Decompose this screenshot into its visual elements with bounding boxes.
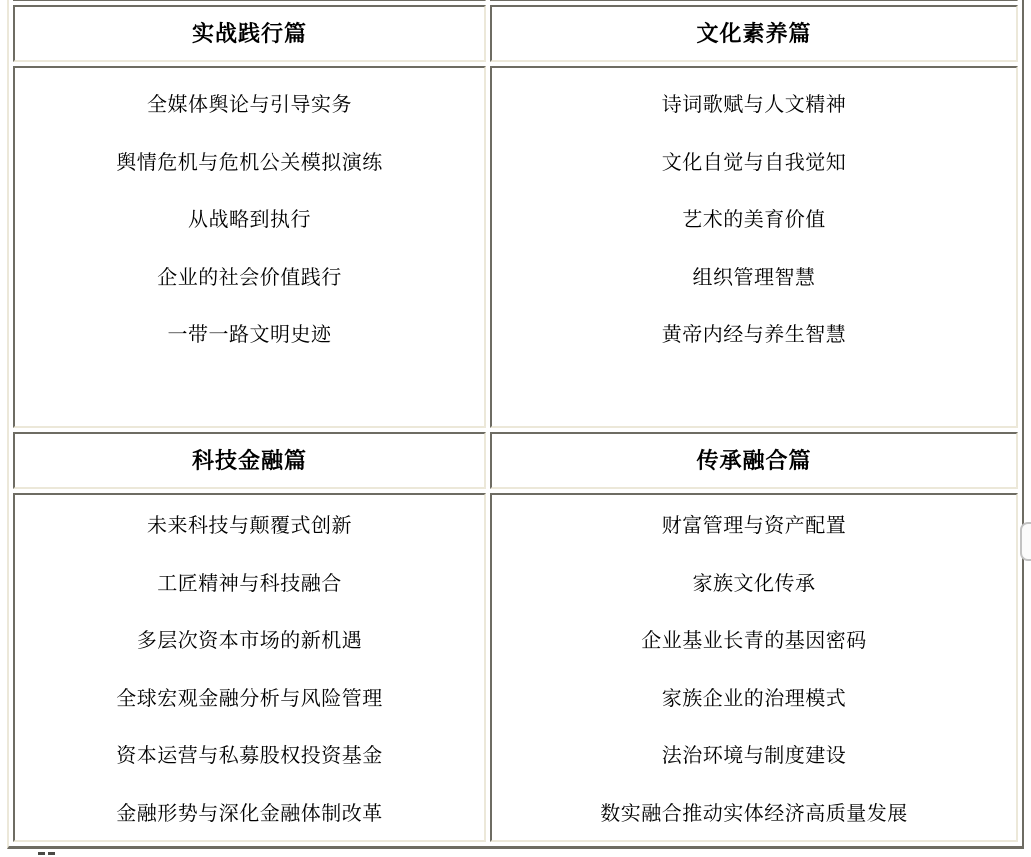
header-row-2: 科技金融篇 传承融合篇: [13, 432, 1018, 489]
course-item: 数实融合推动实体经济高质量发展: [492, 783, 1016, 841]
section-body-practical: 全媒体舆论与引导实务 舆情危机与危机公关模拟演练 从战略到执行 企业的社会价值践…: [13, 66, 486, 428]
section-title-practical: 实战践行篇: [15, 23, 484, 45]
course-item: 组织管理智慧: [492, 247, 1016, 305]
course-item: 艺术的美育价值: [492, 189, 1016, 247]
course-item: 黄帝内经与养生智慧: [492, 304, 1016, 362]
course-item: 全球宏观金融分析与风险管理: [15, 668, 484, 726]
course-item: 文化自觉与自我觉知: [492, 132, 1016, 190]
course-curriculum-table: 实战践行篇 文化素养篇 全媒体舆论与引导实务 舆情危机与危机公关模拟演练 从战略…: [7, 0, 1024, 849]
section-title-tech-finance: 科技金融篇: [15, 450, 484, 472]
body-row-2: 未来科技与颠覆式创新 工匠精神与科技融合 多层次资本市场的新机遇 全球宏观金融分…: [13, 493, 1018, 842]
scrollbar-thumb[interactable]: [1020, 522, 1031, 561]
clipped-previous-row: [13, 0, 1018, 1]
section-title-culture: 文化素养篇: [492, 23, 1016, 45]
course-item: 家族企业的治理模式: [492, 668, 1016, 726]
course-item: 未来科技与颠覆式创新: [15, 495, 484, 553]
course-list-tech-finance: 未来科技与颠覆式创新 工匠精神与科技融合 多层次资本市场的新机遇 全球宏观金融分…: [15, 495, 484, 840]
course-item: 全媒体舆论与引导实务: [15, 74, 484, 132]
course-list-heritage: 财富管理与资产配置 家族文化传承 企业基业长青的基因密码 家族企业的治理模式 法…: [492, 495, 1016, 840]
section-header-practical: 实战践行篇: [13, 5, 486, 62]
course-item: 多层次资本市场的新机遇: [15, 610, 484, 668]
course-item: 法治环境与制度建设: [492, 725, 1016, 783]
course-item: 一带一路文明史迹: [15, 304, 484, 362]
course-item: 企业基业长青的基因密码: [492, 610, 1016, 668]
section-header-heritage: 传承融合篇: [490, 432, 1018, 489]
body-row-1: 全媒体舆论与引导实务 舆情危机与危机公关模拟演练 从战略到执行 企业的社会价值践…: [13, 66, 1018, 428]
course-item: 舆情危机与危机公关模拟演练: [15, 132, 484, 190]
course-item: 从战略到执行: [15, 189, 484, 247]
clipped-character-fragment: [38, 852, 45, 855]
header-row-1: 实战践行篇 文化素养篇: [13, 5, 1018, 62]
course-item: 企业的社会价值践行: [15, 247, 484, 305]
course-list-culture: 诗词歌赋与人文精神 文化自觉与自我觉知 艺术的美育价值 组织管理智慧 黄帝内经与…: [492, 68, 1016, 362]
course-list-practical: 全媒体舆论与引导实务 舆情危机与危机公关模拟演练 从战略到执行 企业的社会价值践…: [15, 68, 484, 362]
section-body-tech-finance: 未来科技与颠覆式创新 工匠精神与科技融合 多层次资本市场的新机遇 全球宏观金融分…: [13, 493, 486, 842]
course-item: 工匠精神与科技融合: [15, 553, 484, 611]
course-item: 财富管理与资产配置: [492, 495, 1016, 553]
section-header-culture: 文化素养篇: [490, 5, 1018, 62]
section-title-heritage: 传承融合篇: [492, 450, 1016, 472]
clipped-cell-right: [490, 0, 1018, 1]
course-item: 资本运营与私募股权投资基金: [15, 725, 484, 783]
section-body-heritage: 财富管理与资产配置 家族文化传承 企业基业长青的基因密码 家族企业的治理模式 法…: [490, 493, 1018, 842]
course-item: 金融形势与深化金融体制改革: [15, 783, 484, 841]
section-body-culture: 诗词歌赋与人文精神 文化自觉与自我觉知 艺术的美育价值 组织管理智慧 黄帝内经与…: [490, 66, 1018, 428]
clipped-cell-left: [13, 0, 486, 1]
document-page: 实战践行篇 文化素养篇 全媒体舆论与引导实务 舆情危机与危机公关模拟演练 从战略…: [0, 0, 1031, 857]
course-item: 家族文化传承: [492, 553, 1016, 611]
clipped-character-fragment: [48, 852, 55, 855]
course-item: 诗词歌赋与人文精神: [492, 74, 1016, 132]
section-header-tech-finance: 科技金融篇: [13, 432, 486, 489]
